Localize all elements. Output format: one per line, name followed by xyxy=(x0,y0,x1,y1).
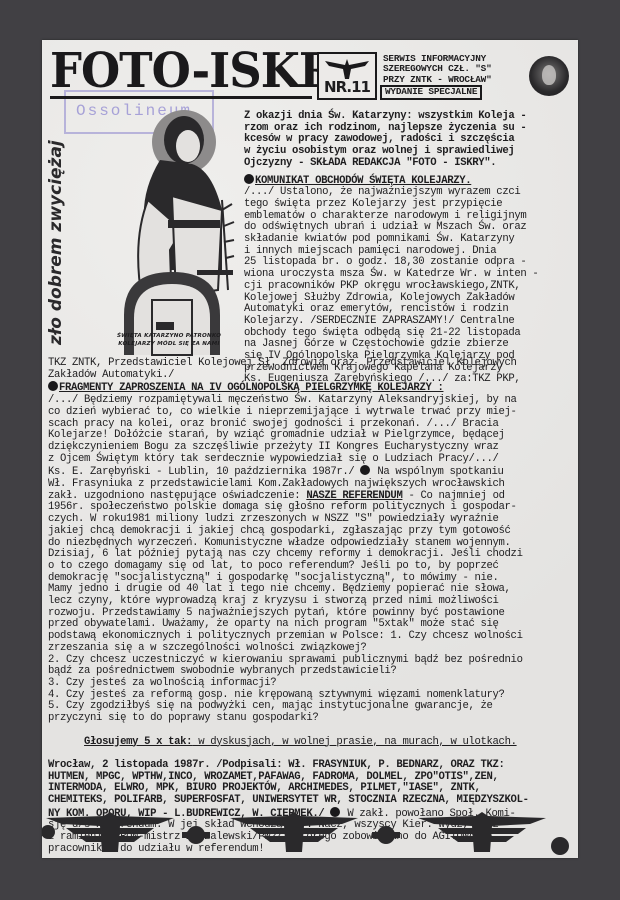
meeting-paragraph: Wł. Frasyniuka z przedstawicielami Kom.Z… xyxy=(48,479,572,502)
communique-line: składanie kwiatów pod pomnikami Św. Kata… xyxy=(244,234,578,246)
continuation-paragraph: TKZ ZNTK, Przedstawiciel Kolejowej Sł. Z… xyxy=(48,358,572,381)
masthead-rule xyxy=(50,96,312,99)
pilgrimage-paragraph: /.../ Będziemy rozpamiętywali męczeństwo… xyxy=(48,395,572,479)
issue-number-box: NR.11 xyxy=(317,52,377,100)
right-column-text: Z okazji dnia Św. Katarzyny: wszystkim K… xyxy=(244,111,578,386)
slogan-vertical: zło dobrem zwyciężaj xyxy=(46,140,66,345)
issue-number: NR.11 xyxy=(319,78,375,96)
madonna-medallion-icon xyxy=(529,56,569,96)
communique-line: tego święta przez Kolejarzy jest przypię… xyxy=(244,199,578,211)
full-width-text: TKZ ZNTK, Przedstawiciel Kolejowej Sł. Z… xyxy=(48,358,572,858)
greeting-line: Z okazji dnia Św. Katarzyny: wszystkim K… xyxy=(244,111,578,123)
leaflet-page: Ossolineum FOTO-ISKRA NR.11 SERWIS INFOR… xyxy=(42,40,578,858)
communique-heading-row: KOMUNIKAT OBCHODÓW ŚWIĘTA KOLEJARZY. xyxy=(244,174,578,188)
special-edition-badge: WYDANIE SPECJALNE xyxy=(380,85,482,99)
vote-line: Głosujemy 5 x tak: w dyskusjach, w wolne… xyxy=(48,725,572,760)
communique-line: cji pracowników PKP okręgu wrocławskiego… xyxy=(244,281,578,293)
pilgrimage-heading: FRAGMENTY ZAPROSZENIA NA IV OGÓLNOPOLSKĄ… xyxy=(59,382,443,394)
referendum-paragraph: 1956r. społeczeństwo polskie domaga się … xyxy=(48,502,572,724)
communique-line: Kolejarzy. /SERDECZNIE ZAPRASZAMY!/ Cent… xyxy=(244,316,578,328)
signature-line: CHEMITEKS, POLIFARB, SUPERFOSFAT, UNIWER… xyxy=(48,795,572,807)
referendum-line: jakiej chcą demokracji i jakiej chcą gos… xyxy=(48,526,572,538)
vote-label: Głosujemy 5 x tak: xyxy=(84,736,192,748)
referendum-line: lecz czyny, które wyprowadzą kraj z kryz… xyxy=(48,596,572,608)
pilgrimage-line: z Ojcem Świętym który tak serdecznie wyp… xyxy=(48,454,572,466)
service-info: SERWIS INFORMACYJNY SZEREGOWYCH CZŁ. "S"… xyxy=(383,54,523,100)
caption-line: KOLEJARZY MÓDL SIĘ ZA NAMI xyxy=(94,341,244,349)
continuation-line: Zakładów Automatyki./ xyxy=(48,370,572,382)
signature-line: Wrocław, 2 listopada 1987r. /Podpisali: … xyxy=(48,760,572,772)
vote-rest: w dyskusjach, w wolnej prasie, na murach… xyxy=(192,736,516,748)
referendum-line: przyczyni się to do poprawy stanu gospod… xyxy=(48,713,572,725)
greeting-paragraph: Z okazji dnia Św. Katarzyny: wszystkim K… xyxy=(244,111,578,170)
greeting-line: Ojczyzny - SKŁADA REDAKCJA "FOTO - ISKRY… xyxy=(244,158,578,170)
pilgrimage-line: dziękczynieniem Bogu za szczęśliwie prze… xyxy=(48,442,572,454)
referendum-heading: NASZE REFERENDUM xyxy=(306,490,402,502)
continuation-line: TKZ ZNTK, Przedstawiciel Kolejowej Sł. Z… xyxy=(48,358,572,370)
caption-line: ŚWIĘTA KATARZYNO PATRONKO xyxy=(94,333,244,341)
bullet-icon xyxy=(48,381,58,391)
bullet-icon xyxy=(360,465,370,475)
saint-catherine-illustration xyxy=(72,100,252,362)
footer-railway-emblems xyxy=(42,812,578,858)
bullet-icon xyxy=(244,174,254,184)
pilgrimage-line: co dzień wybierać to, co wielkie i niepr… xyxy=(48,407,572,419)
referendum-line: 3. Czy jesteś za wolnością informacji? xyxy=(48,678,572,690)
referendum-line: o to czego domagamy się od lat, to poco … xyxy=(48,561,572,573)
illustration-caption: ŚWIĘTA KATARZYNO PATRONKO KOLEJARZY MÓDL… xyxy=(94,333,244,348)
referendum-line: zrzeszania się a w szczególności wolnośc… xyxy=(48,643,572,655)
service-line: PRZY ZNTK - WROCŁAW" xyxy=(383,75,523,85)
pilgrimage-line: Ks. E. Zarębyński - Lublin, 10 październ… xyxy=(48,465,572,479)
communique-heading: KOMUNIKAT OBCHODÓW ŚWIĘTA KOLEJARZY. xyxy=(255,175,471,187)
